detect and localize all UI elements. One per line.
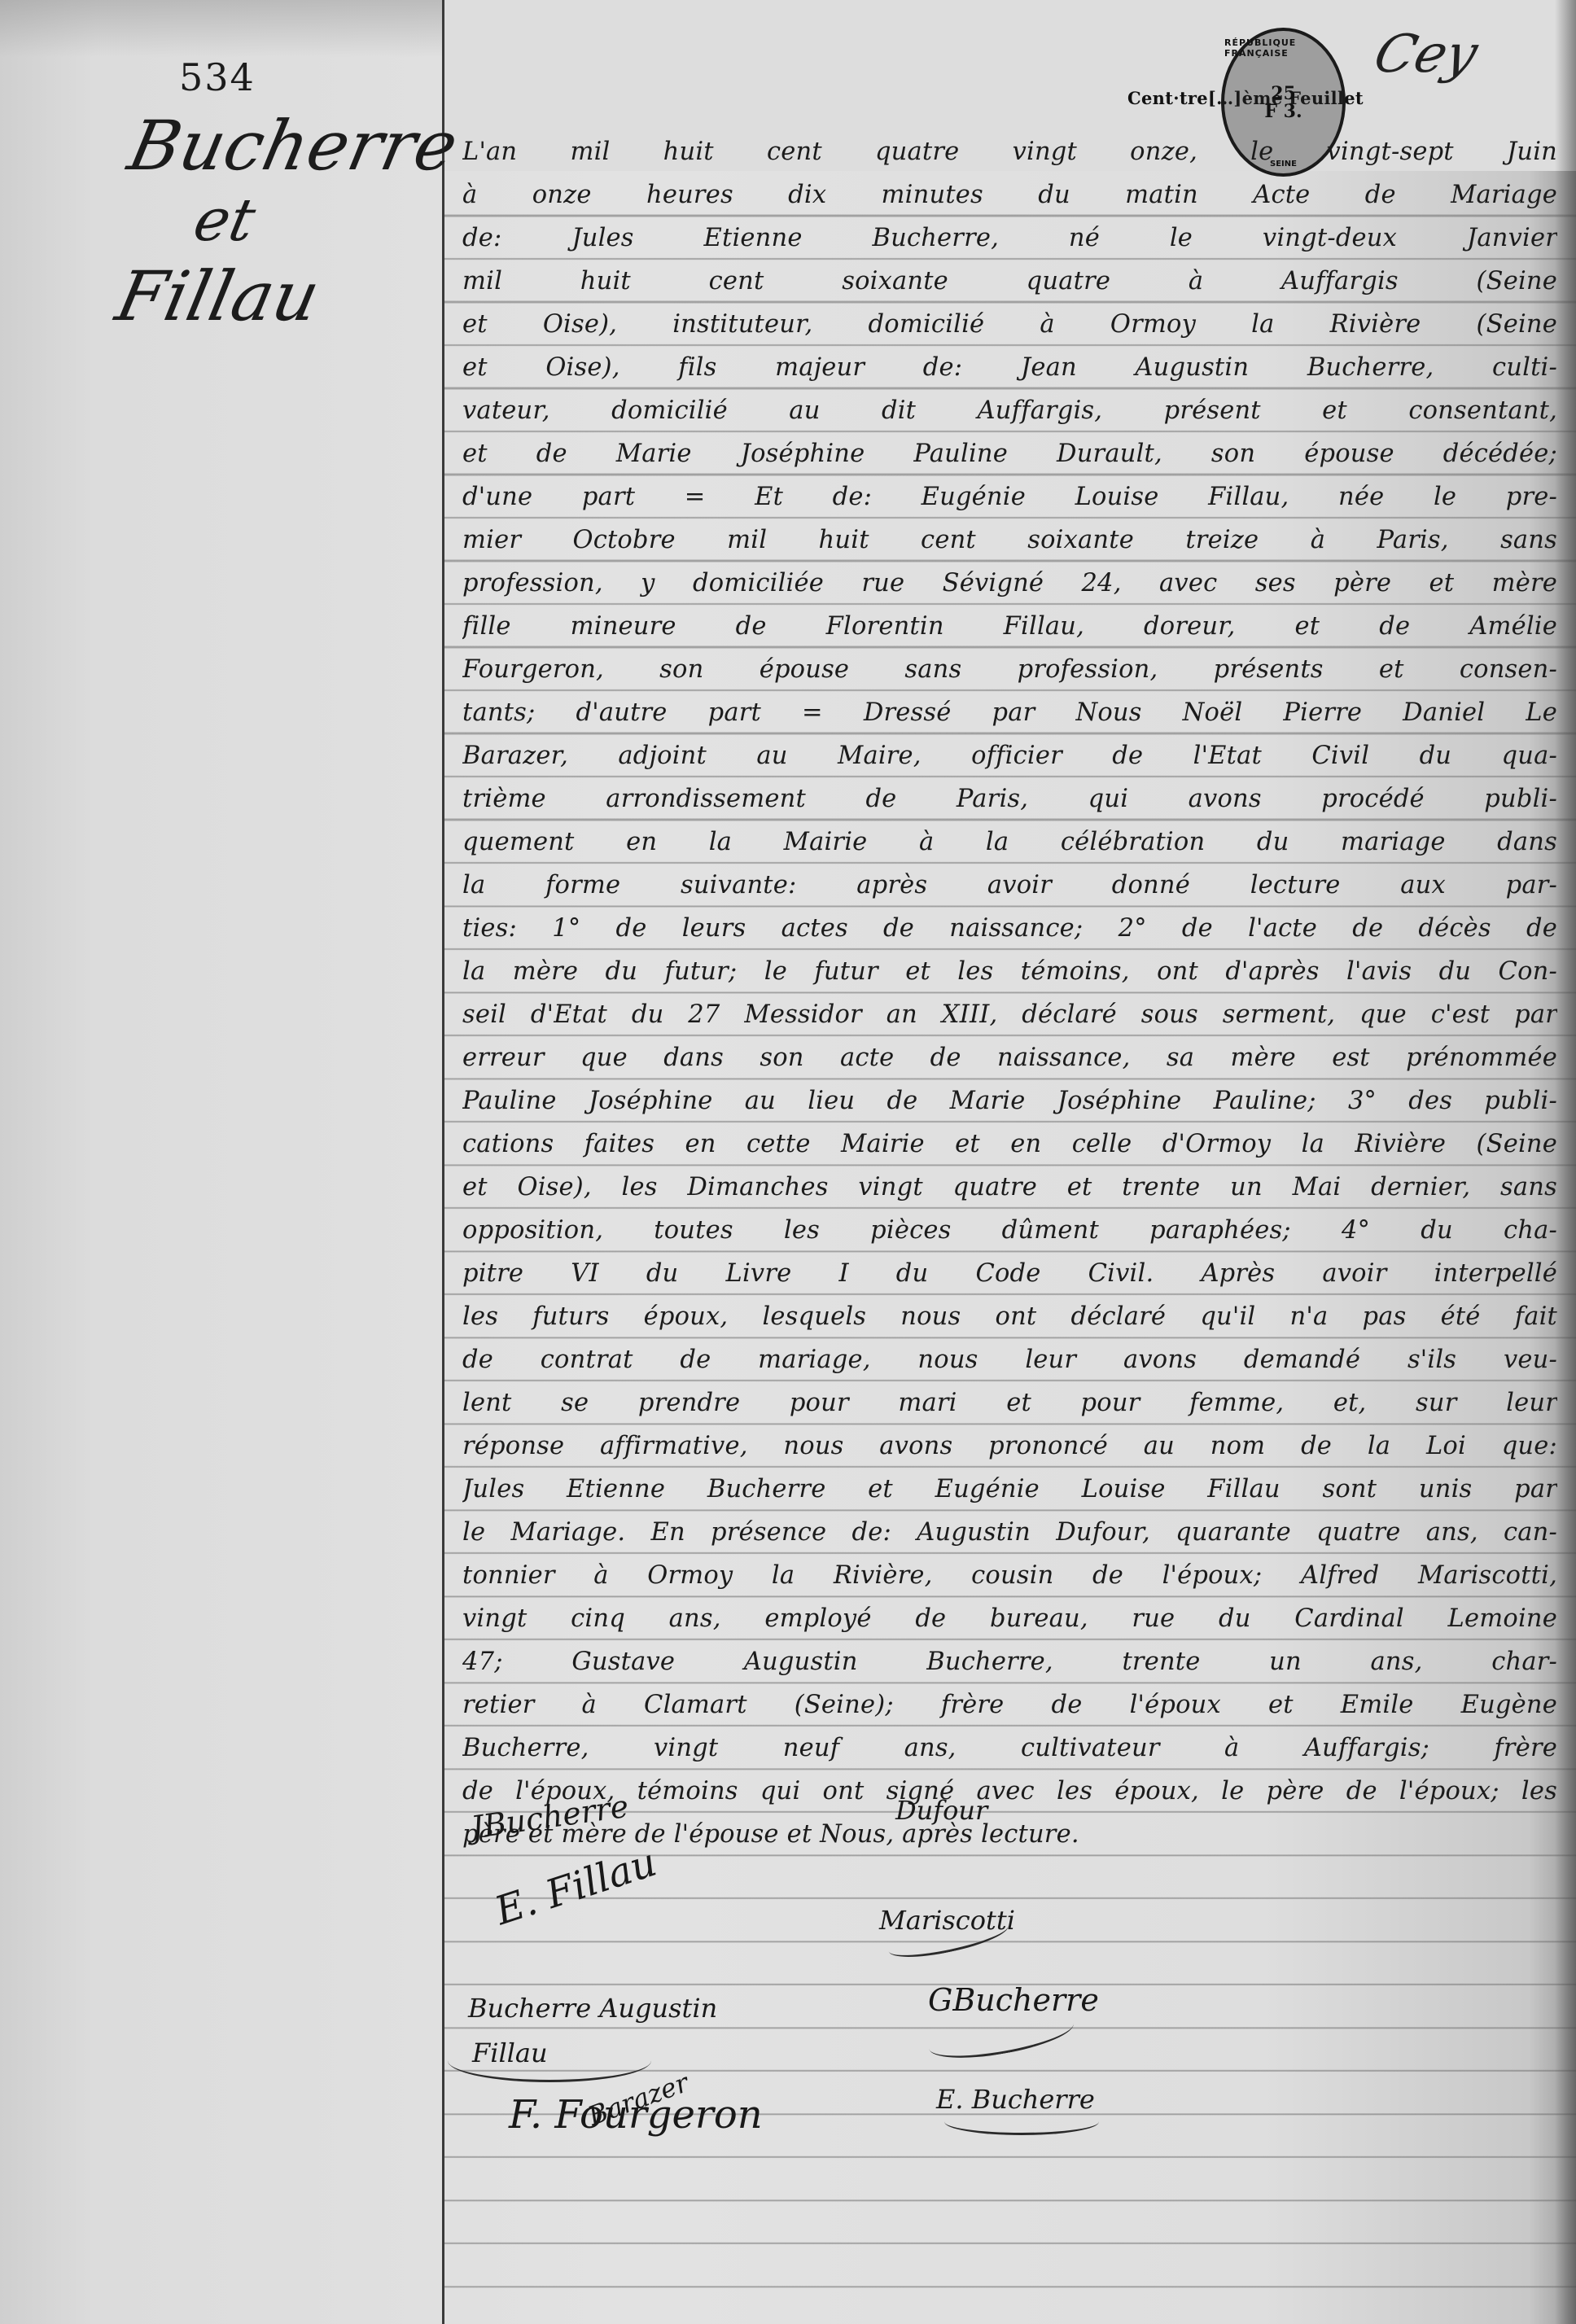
text-line: et de Marie Joséphine Pauline Durault, s…: [462, 432, 1557, 475]
text-line: mier Octobre mil huit cent soixante trei…: [462, 519, 1557, 562]
text-line: tonnier à Ormoy la Rivière, cousin de l'…: [462, 1554, 1557, 1597]
text-line: opposition, toutes les pièces dûment par…: [462, 1209, 1557, 1252]
text-line: lent se prendre pour mari et pour femme,…: [462, 1381, 1557, 1425]
text-line: Barazer, adjoint au Maire, officier de l…: [462, 734, 1557, 777]
signature-flourish: [944, 2108, 1099, 2135]
text-line: seil d'Etat du 27 Messidor an XIII, décl…: [462, 993, 1557, 1036]
text-line: ties: 1° de leurs actes de naissance; 2°…: [462, 907, 1557, 950]
text-line: les futurs époux, lesquels nous ont décl…: [462, 1295, 1557, 1338]
text-line: réponse affirmative, nous avons prononcé…: [462, 1425, 1557, 1468]
signature-fourgeron: F. Fourgeron: [509, 2092, 763, 2138]
text-line: cations faites en cette Mairie et en cel…: [462, 1123, 1557, 1166]
text-line: L'an mil huit cent quatre vingt onze, le…: [462, 130, 1557, 173]
text-line: pitre VI du Livre I du Code Civil. Après…: [462, 1252, 1557, 1295]
text-line: vingt cinq ans, employé de bureau, rue d…: [462, 1597, 1557, 1640]
text-line: de: Jules Etienne Bucherre, né le vingt-…: [462, 217, 1557, 260]
text-line: le Mariage. En présence de: Augustin Duf…: [462, 1511, 1557, 1554]
signature-g-bucherre: GBucherre: [928, 1982, 1099, 2018]
text-line: de contrat de mariage, nous leur avons d…: [462, 1338, 1557, 1381]
stamp-value-bottom: F 3.: [1264, 103, 1302, 120]
margin-name-bride: Fillau: [110, 256, 327, 336]
text-line: et Oise), instituteur, domicilié à Ormoy…: [462, 303, 1557, 346]
text-line: fille mineure de Florentin Fillau, doreu…: [462, 605, 1557, 648]
text-line: à onze heures dix minutes du matin Acte …: [462, 173, 1557, 217]
text-line: Pauline Joséphine au lieu de Marie Josép…: [462, 1079, 1557, 1123]
text-line: Jules Etienne Bucherre et Eugénie Louise…: [462, 1468, 1557, 1511]
stamp-ring-text: RÉPUBLIQUE FRANÇAISE: [1224, 37, 1342, 59]
text-line: la forme suivante: après avoir donné lec…: [462, 864, 1557, 907]
corner-annotation: Cey: [1368, 24, 1484, 85]
signature-flourish: [448, 2039, 651, 2082]
act-body: L'an mil huit cent quatre vingt onze, le…: [462, 130, 1557, 1856]
margin-name-conjunction: et: [188, 186, 261, 254]
text-line: quement en la Mairie à la célébration du…: [462, 821, 1557, 864]
margin-name-groom: Bucherre: [122, 106, 466, 186]
text-line: et Oise), les Dimanches vingt quatre et …: [462, 1166, 1557, 1209]
text-line: mil huit cent soixante quatre à Auffargi…: [462, 260, 1557, 303]
text-line: profession, y domiciliée rue Sévigné 24,…: [462, 562, 1557, 605]
stamp-value-top: 25: [1271, 85, 1296, 103]
text-line: la mère du futur; le futur et les témoin…: [462, 950, 1557, 993]
text-line: retier à Clamart (Seine); frère de l'épo…: [462, 1683, 1557, 1727]
text-line: vateur, domicilié au dit Auffargis, prés…: [462, 389, 1557, 432]
scan-shadow-right: [1555, 0, 1576, 2324]
act-number: 534: [179, 55, 256, 99]
signature-bucherre-augustin: Bucherre Augustin: [468, 1993, 717, 2024]
text-line: erreur que dans son acte de naissance, s…: [462, 1036, 1557, 1079]
text-line: tants; d'autre part = Dressé par Nous No…: [462, 691, 1557, 734]
text-line: d'une part = Et de: Eugénie Louise Filla…: [462, 475, 1557, 519]
text-line: trième arrondissement de Paris, qui avon…: [462, 777, 1557, 821]
text-line: et Oise), fils majeur de: Jean Augustin …: [462, 346, 1557, 389]
register-page: 534 Bucherre et Fillau Cent·tre[…]ème Fe…: [0, 0, 1576, 2324]
margin-rule: [442, 0, 444, 2324]
text-line: 47; Gustave Augustin Bucherre, trente un…: [462, 1640, 1557, 1683]
signature-dufour: Dufour: [895, 1795, 987, 1826]
text-line: Bucherre, vingt neuf ans, cultivateur à …: [462, 1727, 1557, 1770]
text-line: Fourgeron, son épouse sans profession, p…: [462, 648, 1557, 691]
